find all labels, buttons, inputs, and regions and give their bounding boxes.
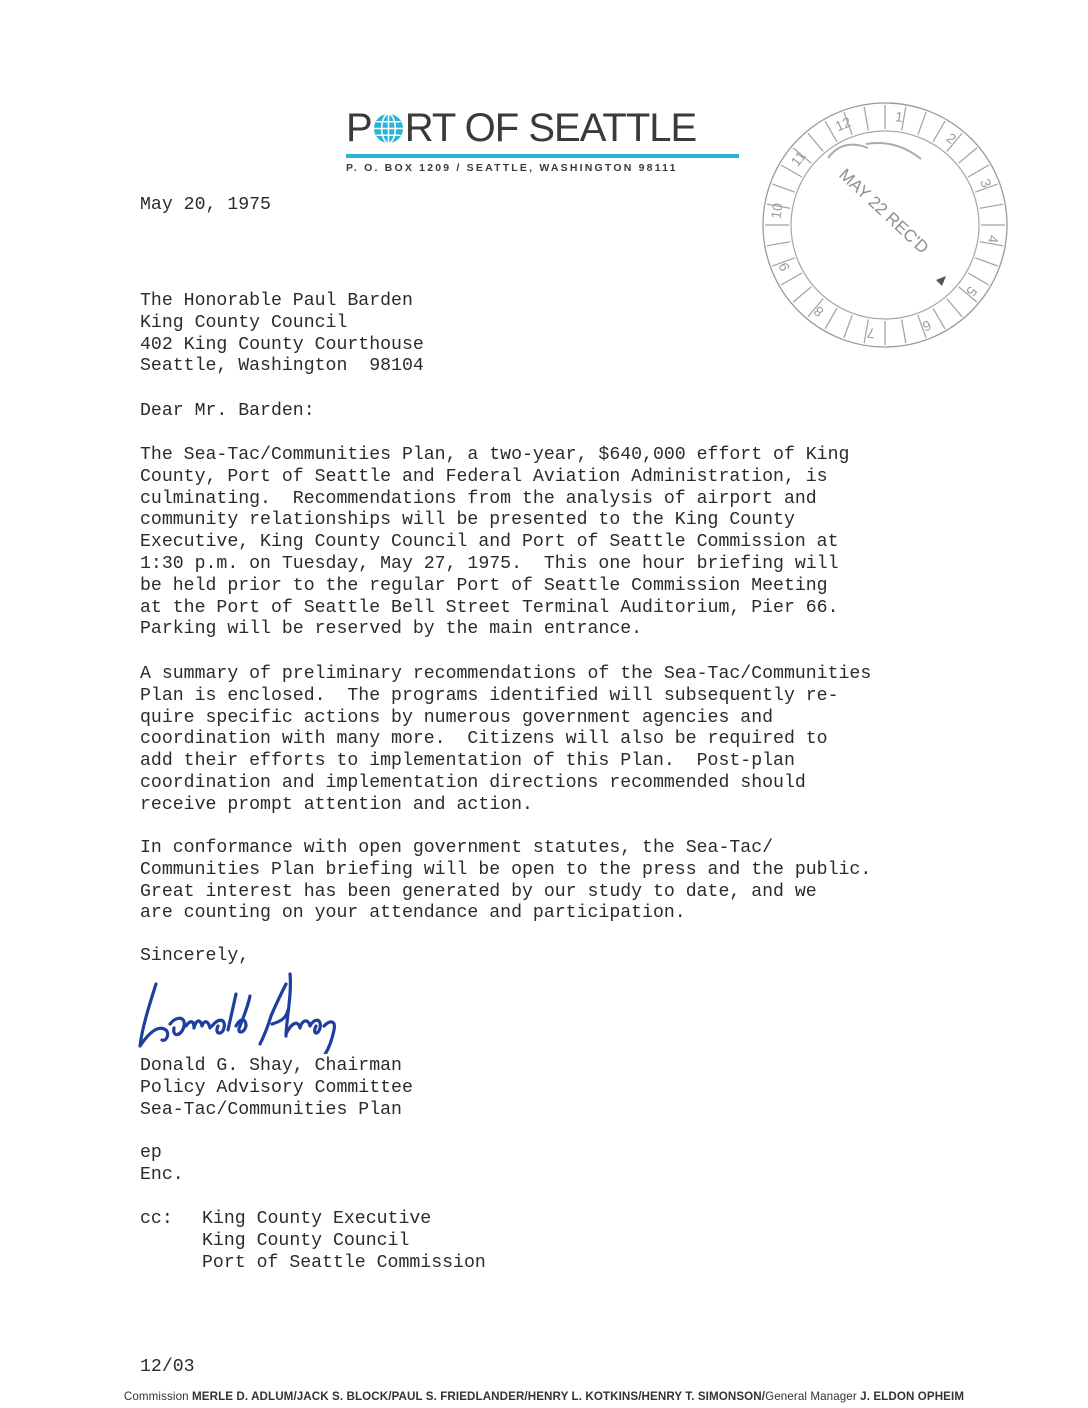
body-line: Executive, King County Council and Port … bbox=[140, 532, 849, 554]
recipient-line: Seattle, Washington 98104 bbox=[140, 356, 424, 378]
footer-commission-label: Commission bbox=[124, 1390, 189, 1403]
body-paragraph-3: In conformance with open government stat… bbox=[140, 838, 871, 925]
body-line: Great interest has been generated by our… bbox=[140, 882, 871, 904]
body-line: County, Port of Seattle and Federal Avia… bbox=[140, 467, 849, 489]
body-line: are counting on your attendance and part… bbox=[140, 903, 871, 925]
cc-list: King County Executive King County Counci… bbox=[202, 1209, 486, 1274]
body-line: In conformance with open government stat… bbox=[140, 838, 871, 860]
body-line: coordination and implementation directio… bbox=[140, 773, 871, 795]
body-line: add their efforts to implementation of t… bbox=[140, 751, 871, 773]
received-date-stamp: 123456789101112 MAY 22 REC'D bbox=[758, 98, 1012, 352]
stamp-date-text: MAY 22 REC'D bbox=[835, 165, 932, 257]
letterhead-footer: Commission MERLE D. ADLUM/JACK S. BLOCK/… bbox=[0, 1390, 1088, 1403]
letter-date: May 20, 1975 bbox=[140, 195, 271, 217]
body-line: community relationships will be presente… bbox=[140, 510, 849, 532]
reference-block: ep Enc. bbox=[140, 1143, 184, 1187]
typist-initials: ep bbox=[140, 1143, 184, 1165]
body-line: coordination with many more. Citizens wi… bbox=[140, 729, 871, 751]
letterhead-rule bbox=[346, 154, 739, 158]
letterhead: P RT OF SEATTLE P. O. BOX 1209 / SEATTLE… bbox=[346, 108, 741, 174]
body-line: Communities Plan briefing will be open t… bbox=[140, 860, 871, 882]
footer-gm-label: General Manager bbox=[765, 1390, 857, 1403]
recipient-line: King County Council bbox=[140, 313, 424, 335]
logo-letter-p: P bbox=[346, 108, 372, 148]
cc-recipient: King County Executive bbox=[202, 1209, 486, 1231]
body-line: receive prompt attention and action. bbox=[140, 795, 871, 817]
body-line: culminating. Recommendations from the an… bbox=[140, 489, 849, 511]
letterhead-address: P. O. BOX 1209 / SEATTLE, WASHINGTON 981… bbox=[346, 162, 741, 174]
port-of-seattle-logo: P RT OF SEATTLE bbox=[346, 108, 741, 148]
signatory-block: Donald G. Shay, Chairman Policy Advisory… bbox=[140, 1056, 413, 1121]
svg-text:11: 11 bbox=[787, 148, 809, 169]
file-code: 12/03 bbox=[140, 1357, 195, 1379]
body-paragraph-1: The Sea-Tac/Communities Plan, a two-year… bbox=[140, 445, 849, 641]
body-line: be held prior to the regular Port of Sea… bbox=[140, 576, 849, 598]
globe-icon bbox=[373, 113, 404, 144]
logo-wordmark: RT OF SEATTLE bbox=[405, 108, 697, 148]
handwritten-signature bbox=[136, 964, 396, 1054]
cc-recipient: Port of Seattle Commission bbox=[202, 1253, 486, 1275]
signatory-line: Sea-Tac/Communities Plan bbox=[140, 1100, 413, 1122]
body-line: quire specific actions by numerous gover… bbox=[140, 708, 871, 730]
body-line: 1:30 p.m. on Tuesday, May 27, 1975. This… bbox=[140, 554, 849, 576]
body-paragraph-2: A summary of preliminary recommendations… bbox=[140, 664, 871, 817]
recipient-line: 402 King County Courthouse bbox=[140, 335, 424, 357]
salutation: Dear Mr. Barden: bbox=[140, 401, 315, 423]
recipient-address: The Honorable Paul Barden King County Co… bbox=[140, 291, 424, 378]
cc-recipient: King County Council bbox=[202, 1231, 486, 1253]
footer-commissioners: MERLE D. ADLUM/JACK S. BLOCK/PAUL S. FRI… bbox=[192, 1390, 765, 1403]
footer-gm-name: J. ELDON OPHEIM bbox=[860, 1390, 964, 1403]
body-line: A summary of preliminary recommendations… bbox=[140, 664, 871, 686]
signatory-line: Donald G. Shay, Chairman bbox=[140, 1056, 413, 1078]
recipient-line: The Honorable Paul Barden bbox=[140, 291, 424, 313]
body-line: Plan is enclosed. The programs identifie… bbox=[140, 686, 871, 708]
signatory-line: Policy Advisory Committee bbox=[140, 1078, 413, 1100]
enclosure-note: Enc. bbox=[140, 1165, 184, 1187]
body-line: Parking will be reserved by the main ent… bbox=[140, 619, 849, 641]
svg-text:10: 10 bbox=[768, 202, 786, 220]
body-line: The Sea-Tac/Communities Plan, a two-year… bbox=[140, 445, 849, 467]
cc-label: cc: bbox=[140, 1209, 173, 1231]
body-line: at the Port of Seattle Bell Street Termi… bbox=[140, 598, 849, 620]
